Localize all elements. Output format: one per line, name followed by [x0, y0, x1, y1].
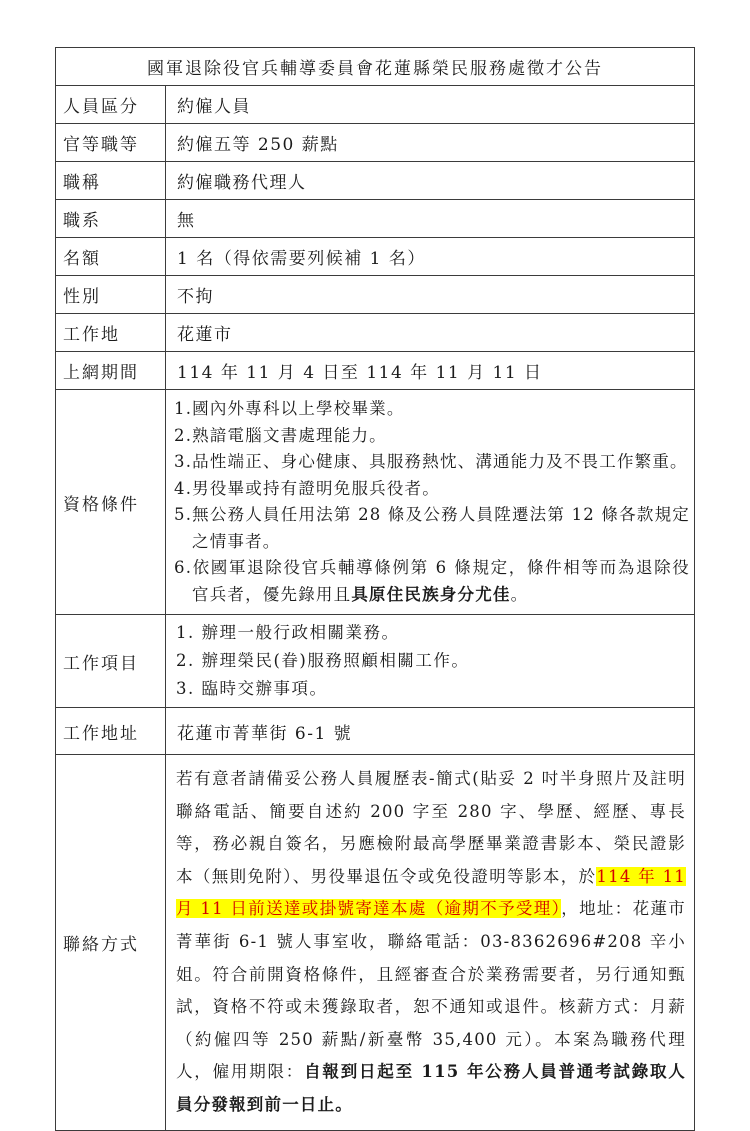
row-value: 1 名（得依需要列候補 1 名）	[166, 238, 695, 276]
table-row-rank-grade: 官等職等 約僱五等 250 薪點	[56, 124, 695, 162]
row-label: 工作地	[56, 314, 166, 352]
row-value: 約僱人員	[166, 86, 695, 124]
work-item: 1. 辦理一般行政相關業務。	[176, 619, 690, 647]
row-label: 官等職等	[56, 124, 166, 162]
qualification-item: 5.無公務人員任用法第 28 條及公務人員陞遷法第 12 條各款規定之情事者。	[174, 502, 690, 555]
table-row-qualifications: 資格條件 1.國內外專科以上學校畢業。 2.熟諳電腦文書處理能力。 3.品性端正…	[56, 390, 695, 615]
row-value: 114 年 11 月 4 日至 114 年 11 月 11 日	[166, 352, 695, 390]
qualifications-list: 1.國內外專科以上學校畢業。 2.熟諳電腦文書處理能力。 3.品性端正、身心健康…	[166, 390, 694, 614]
table-row-job-title: 職稱 約僱職務代理人	[56, 162, 695, 200]
row-label: 上網期間	[56, 352, 166, 390]
row-value: 無	[166, 200, 695, 238]
table-row-work-address: 工作地址 花蓮市菁華街 6-1 號	[56, 708, 695, 755]
qualification-item: 1.國內外專科以上學校畢業。	[174, 396, 690, 423]
row-label: 資格條件	[56, 390, 166, 615]
table-row-contact: 聯絡方式 若有意者請備妥公務人員履歷表-簡式(貼妥 2 吋半身照片及註明聯絡電話…	[56, 755, 695, 1131]
row-label: 職稱	[56, 162, 166, 200]
qualification-item: 6.依國軍退除役官兵輔導條例第 6 條規定，條件相等而為退除役官兵者，優先錄用且…	[174, 555, 690, 608]
row-label: 職系	[56, 200, 166, 238]
qualification-item: 2.熟諳電腦文書處理能力。	[174, 423, 690, 450]
row-label: 名額	[56, 238, 166, 276]
work-item: 2. 辦理榮民(眷)服務照顧相關工作。	[176, 647, 690, 675]
table-row-gender: 性別 不拘	[56, 276, 695, 314]
contact-cell: 若有意者請備妥公務人員履歷表-簡式(貼妥 2 吋半身照片及註明聯絡電話、簡要自述…	[166, 755, 695, 1131]
table-row-posting-period: 上網期間 114 年 11 月 4 日至 114 年 11 月 11 日	[56, 352, 695, 390]
row-value: 約僱職務代理人	[166, 162, 695, 200]
table-row-work-items: 工作項目 1. 辦理一般行政相關業務。 2. 辦理榮民(眷)服務照顧相關工作。 …	[56, 615, 695, 708]
work-item: 3. 臨時交辦事項。	[176, 675, 690, 703]
qualifications-cell: 1.國內外專科以上學校畢業。 2.熟諳電腦文書處理能力。 3.品性端正、身心健康…	[166, 390, 695, 615]
work-items-cell: 1. 辦理一般行政相關業務。 2. 辦理榮民(眷)服務照顧相關工作。 3. 臨時…	[166, 615, 695, 708]
row-value: 不拘	[166, 276, 695, 314]
row-label: 工作項目	[56, 615, 166, 708]
qualification-item: 3.品性端正、身心健康、具服務熱忱、溝通能力及不畏工作繁重。	[174, 449, 690, 476]
title-row: 國軍退除役官兵輔導委員會花蓮縣榮民服務處徵才公告	[56, 48, 695, 86]
contact-paragraph: 若有意者請備妥公務人員履歷表-簡式(貼妥 2 吋半身照片及註明聯絡電話、簡要自述…	[166, 755, 694, 1130]
table-row-quota: 名額 1 名（得依需要列候補 1 名）	[56, 238, 695, 276]
text-segment-bold: 具原住民族身分尤佳	[351, 585, 510, 604]
text-segment-normal: 。	[511, 585, 529, 604]
table-row-work-location: 工作地 花蓮市	[56, 314, 695, 352]
row-value: 花蓮市菁華街 6-1 號	[166, 708, 695, 755]
text-segment-normal: ，地址：花蓮市菁華街 6-1 號人事室收，聯絡電話：03-8362696#208…	[176, 899, 686, 1081]
table-row-job-series: 職系 無	[56, 200, 695, 238]
row-label: 工作地址	[56, 708, 166, 755]
row-label: 性別	[56, 276, 166, 314]
page-title: 國軍退除役官兵輔導委員會花蓮縣榮民服務處徵才公告	[56, 48, 695, 86]
document-page: 國軍退除役官兵輔導委員會花蓮縣榮民服務處徵才公告 人員區分 約僱人員 官等職等 …	[0, 0, 750, 1050]
announcement-table: 國軍退除役官兵輔導委員會花蓮縣榮民服務處徵才公告 人員區分 約僱人員 官等職等 …	[55, 47, 695, 1131]
qualification-item: 4.男役畢或持有證明免服兵役者。	[174, 476, 690, 503]
row-value: 花蓮市	[166, 314, 695, 352]
work-items-list: 1. 辦理一般行政相關業務。 2. 辦理榮民(眷)服務照顧相關工作。 3. 臨時…	[166, 615, 694, 707]
row-value: 約僱五等 250 薪點	[166, 124, 695, 162]
row-label: 人員區分	[56, 86, 166, 124]
table-row-personnel-category: 人員區分 約僱人員	[56, 86, 695, 124]
row-label: 聯絡方式	[56, 755, 166, 1131]
